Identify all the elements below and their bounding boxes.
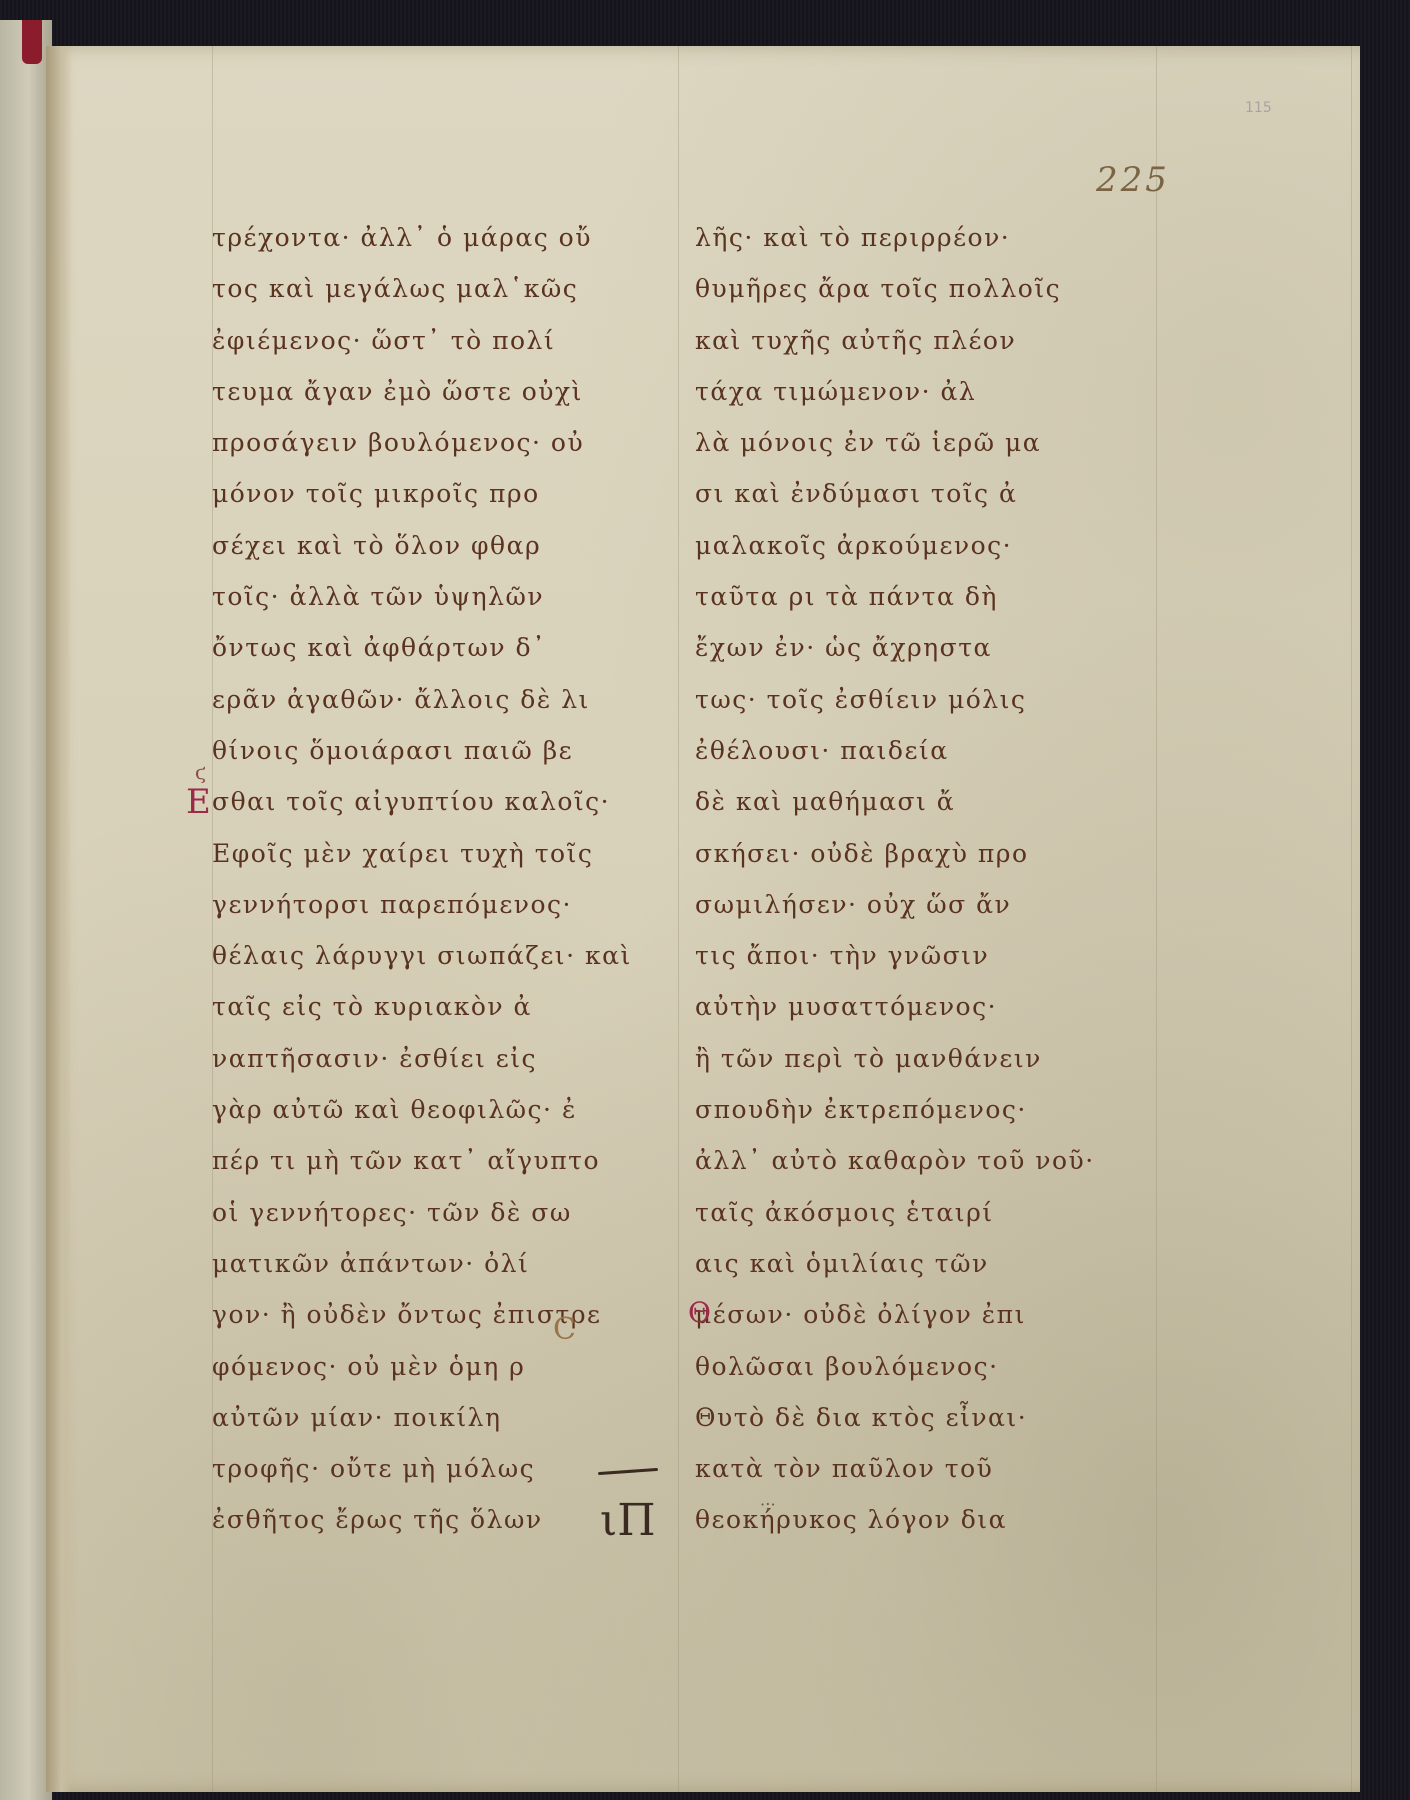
text-line: ἐφιέμενος· ὥστ᾽ τὸ πολί [212, 315, 632, 366]
ruling-line [1351, 46, 1352, 1792]
text-line: θυμῆρες ἄρα τοῖς πολλοῖς [695, 263, 1115, 314]
text-line: ματικῶν ἀπάντων· ὀλί [212, 1238, 632, 1289]
ruling-line [678, 46, 679, 1792]
text-line: σι καὶ ἐνδύμασι τοῖς ἀ [695, 468, 1115, 519]
text-line: θέλαις λάρυγγι σιωπάζει· καὶ [212, 930, 632, 981]
right-text-column: λῆς· καὶ τὸ περιρρέον·θυμῆρες ἄρα τοῖς π… [695, 212, 1115, 1546]
text-line: φόμενος· οὐ μὲν ὁμη ρ [212, 1341, 632, 1392]
text-line: λὰ μόνοις ἐν τῶ ἱερῶ μα [695, 417, 1115, 468]
text-line: τως· τοῖς ἐσθίειν μόλις [695, 674, 1115, 725]
rubric-initial-left: Ε [186, 782, 211, 822]
text-line: λῆς· καὶ τὸ περιρρέον· [695, 212, 1115, 263]
text-line: τις ἄποι· τὴν γνῶσιν [695, 930, 1115, 981]
previous-page-edge [0, 20, 52, 1800]
text-line: ἐσθῆτος ἔρως τῆς ὅλων [212, 1494, 632, 1545]
text-line: θολῶσαι βουλόμενος· [695, 1341, 1115, 1392]
text-line: σωμιλήσεν· οὐχ ὥσ ἄν [695, 879, 1115, 930]
text-line: ὄντως καὶ ἀφθάρτων δ᾽ [212, 622, 632, 673]
end-mark: C [553, 1312, 576, 1347]
quire-signature: ιΠ [600, 1495, 656, 1546]
text-line: σθαι τοῖς αἰγυπτίου καλοῖς· [212, 776, 632, 827]
text-line: αὐτῶν μίαν· ποικίλη [212, 1392, 632, 1443]
text-line: τευμα ἄγαν ἐμὸ ὥστε οὐχὶ [212, 366, 632, 417]
ruling-line [1156, 46, 1157, 1792]
text-line: σέχει καὶ τὸ ὅλον φθαρ [212, 520, 632, 571]
text-line: ἢ τῶν περὶ τὸ μανθάνειν [695, 1033, 1115, 1084]
text-line: θίνοις ὅμοιάρασι παιῶ βε [212, 725, 632, 776]
text-line: τροφῆς· οὔτε μὴ μόλως [212, 1443, 632, 1494]
text-line: ἀλλ᾽ αὐτὸ καθαρὸν τοῦ νοῦ· [695, 1135, 1115, 1186]
text-line: ταῖς ἀκόσμοις ἑταιρί [695, 1187, 1115, 1238]
text-line: σκήσει· οὐδὲ βραχὺ προ [695, 828, 1115, 879]
text-line: θεοκήρυκος λόγον δια [695, 1494, 1115, 1545]
gutter-shadow [46, 46, 72, 1792]
text-line: κατὰ τὸν παῦλον τοῦ [695, 1443, 1115, 1494]
text-line: προσάγειν βουλόμενος· οὐ [212, 417, 632, 468]
text-line: σπουδὴν ἐκτρεπόμενος· [695, 1084, 1115, 1135]
rubric-initial-right: Θ [688, 1296, 711, 1329]
text-line: μόνον τοῖς μικροῖς προ [212, 468, 632, 519]
text-line: ναπτῆσασιν· ἐσθίει εἰς [212, 1033, 632, 1084]
text-line: ἔχων ἐν· ὡς ἄχρηστα [695, 622, 1115, 673]
quire-dots: ·:· [760, 1495, 776, 1514]
text-line: πέρ τι μὴ τῶν κατ᾽ αἴγυπτο [212, 1135, 632, 1186]
text-line: γὰρ αὐτῶ καὶ θεοφιλῶς· ἐ [212, 1084, 632, 1135]
text-line: ἐθέλουσι· παιδεία [695, 725, 1115, 776]
text-line: ταῦτα ρι τὰ πάντα δὴ [695, 571, 1115, 622]
text-line: τρέχοντα· ἀλλ᾽ ὁ μάρας οὔ [212, 212, 632, 263]
folio-number: 225 [1096, 160, 1170, 200]
text-line: οἱ γεννήτορες· τῶν δὲ σω [212, 1187, 632, 1238]
text-line: αὐτὴν μυσαττόμενος· [695, 981, 1115, 1032]
text-line: Εφοῖς μὲν χαίρει τυχὴ τοῖς [212, 828, 632, 879]
text-line: καὶ τυχῆς αὐτῆς πλέον [695, 315, 1115, 366]
text-line: τάχα τιμώμενον· ἀλ [695, 366, 1115, 417]
text-line: τοῖς· ἀλλὰ τῶν ὑψηλῶν [212, 571, 632, 622]
text-line: Θυτὸ δὲ δια κτὸς εἶναι· [695, 1392, 1115, 1443]
text-line: γεννήτορσι παρεπόμενος· [212, 879, 632, 930]
pencil-foliation: 115 [1245, 100, 1272, 116]
text-line: ταῖς εἰς τὸ κυριακὸν ἀ [212, 981, 632, 1032]
margin-mark: ϛ [195, 760, 206, 784]
text-line: τος καὶ μεγάλως μαλ῾κῶς [212, 263, 632, 314]
text-line: μαλακοῖς ἀρκούμενος· [695, 520, 1115, 571]
red-binding-edge [22, 20, 42, 64]
text-line: μέσων· οὐδὲ ὀλίγον ἐπι [695, 1289, 1115, 1340]
text-line: ερᾶν ἀγαθῶν· ἄλλοις δὲ λι [212, 674, 632, 725]
text-line: δὲ καὶ μαθήμασι ἄ [695, 776, 1115, 827]
text-line: αις καὶ ὁμιλίαις τῶν [695, 1238, 1115, 1289]
